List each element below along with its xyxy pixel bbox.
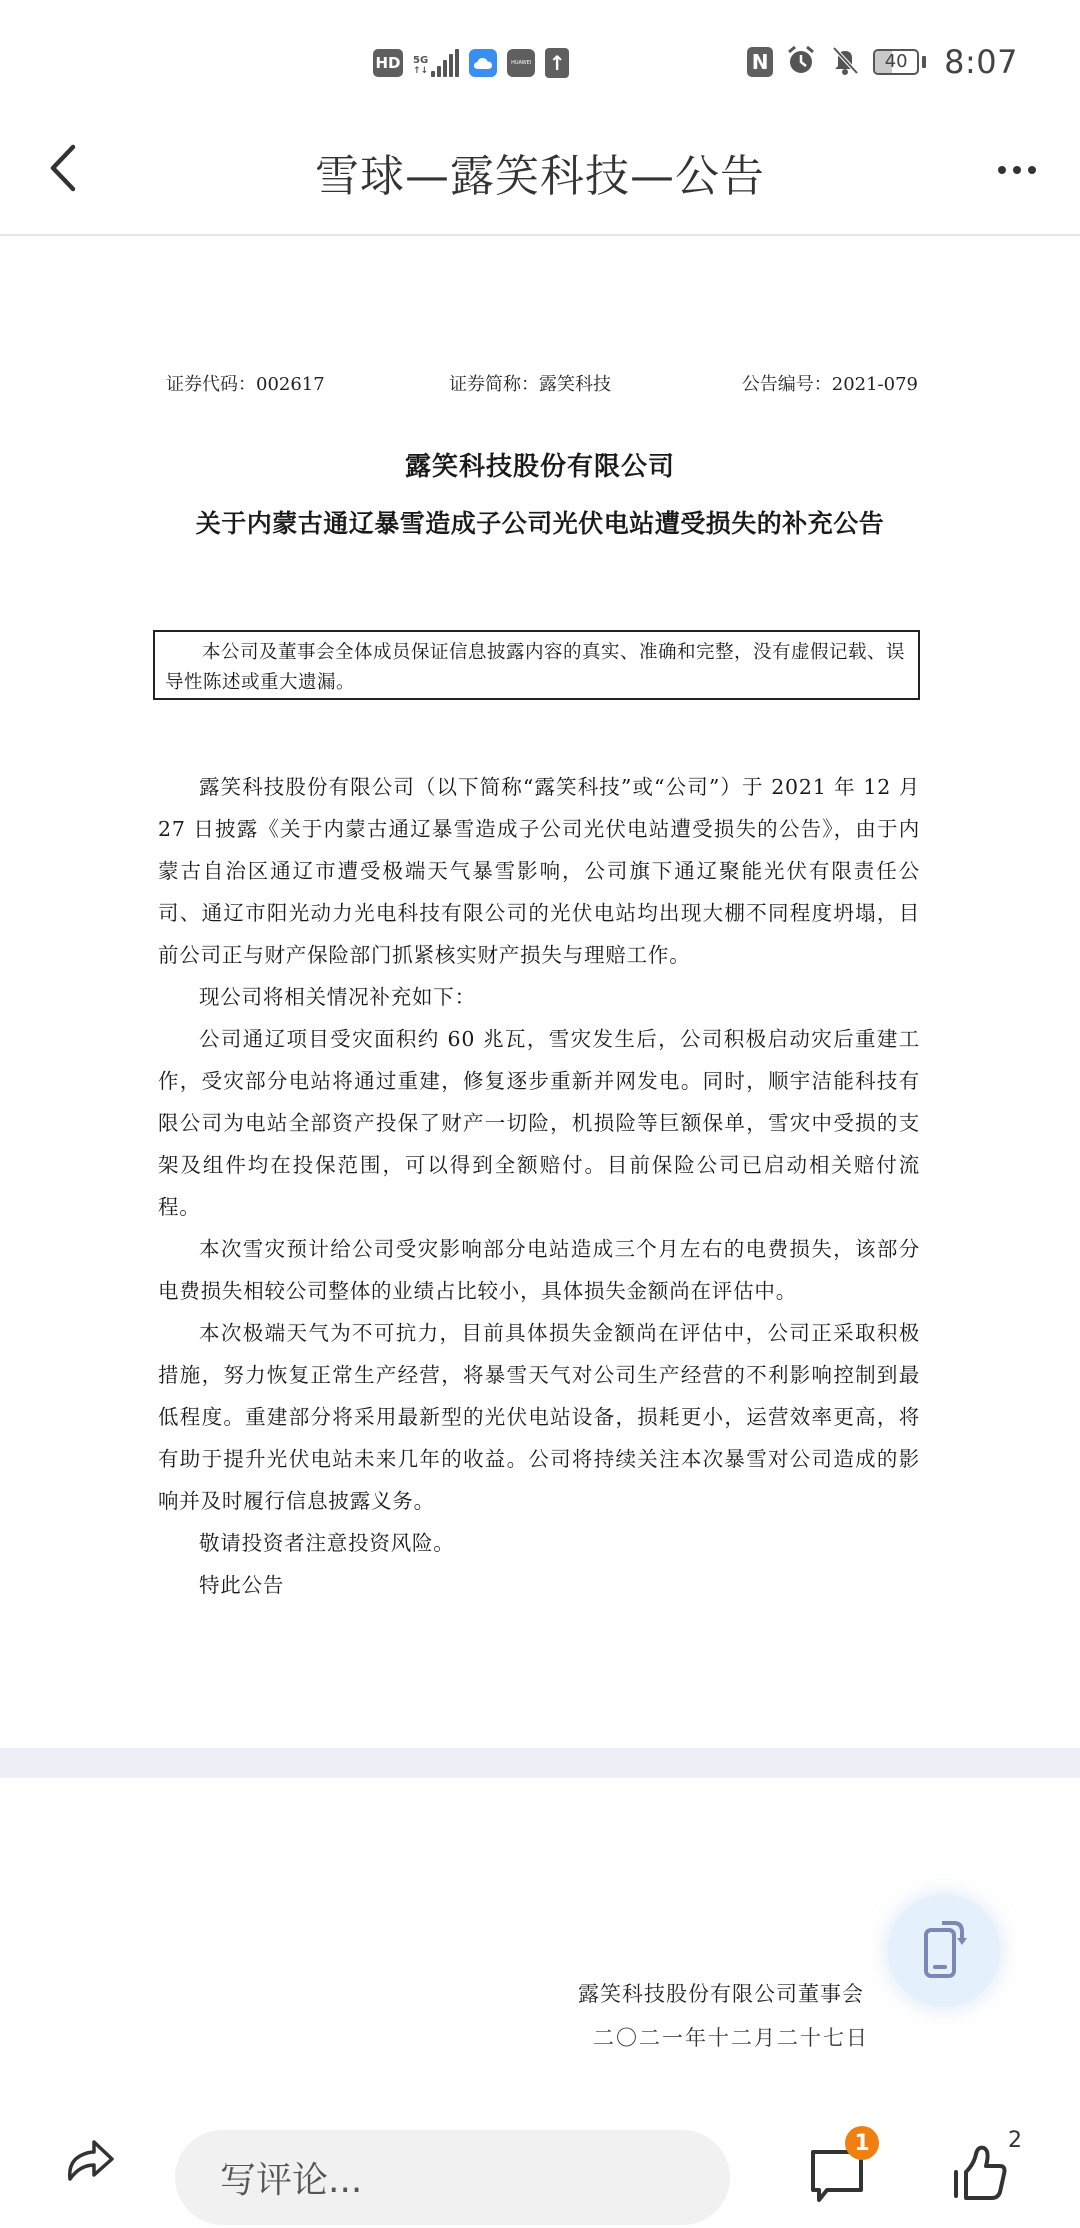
page-title: 雪球—露笑科技—公告 bbox=[0, 140, 1080, 204]
comment-count-badge: 1 bbox=[845, 2126, 879, 2160]
body-paragraph: 露笑科技股份有限公司（以下简称“露笑科技”或“公司”）于 2021 年 12 月… bbox=[158, 766, 920, 976]
nfc-icon: N bbox=[747, 47, 773, 77]
company-name: 露笑科技股份有限公司 bbox=[0, 446, 1080, 483]
more-options-button[interactable] bbox=[982, 146, 1052, 194]
signature-date: 二〇二一年十二月二十七日 bbox=[593, 2022, 869, 2052]
upload-icon: ↑ bbox=[545, 48, 569, 78]
disclaimer-box: 本公司及董事会全体成员保证信息披露内容的真实、准确和完整，没有虚假记载、误导性陈… bbox=[153, 630, 920, 700]
huawei-app-icon: HUAWEI bbox=[507, 49, 535, 77]
network-type-label: 5G bbox=[413, 55, 428, 66]
comment-placeholder: 写评论... bbox=[220, 2152, 362, 2203]
more-horizontal-icon bbox=[998, 166, 1006, 174]
body-paragraph: 敬请投资者注意投资风险。 bbox=[158, 1522, 920, 1564]
cloud-icon bbox=[469, 49, 497, 77]
share-icon bbox=[62, 2131, 118, 2187]
announcement-subject: 关于内蒙古通辽暴雪造成子公司光伏电站遭受损失的补充公告 bbox=[0, 504, 1080, 540]
share-button[interactable] bbox=[55, 2124, 125, 2194]
body-paragraph: 现公司将相关情况补充如下： bbox=[158, 976, 920, 1018]
security-short-name: 证券简称：露笑科技 bbox=[449, 370, 611, 396]
battery-icon: 40 bbox=[873, 49, 926, 75]
rotate-screen-icon bbox=[914, 1916, 974, 1986]
clock: 8:07 bbox=[944, 43, 1018, 81]
announcement-number: 公告编号：2021-079 bbox=[742, 370, 918, 396]
comment-input[interactable]: 写评论... bbox=[175, 2130, 730, 2225]
alarm-icon bbox=[785, 44, 817, 80]
thumbs-up-icon bbox=[950, 2138, 1014, 2208]
body-paragraph: 公司通辽项目受灾面积约 60 兆瓦，雪灾发生后，公司积极启动灾后重建工作，受灾部… bbox=[158, 1018, 920, 1228]
bottom-action-bar: 写评论... 1 2 bbox=[0, 2100, 1080, 2228]
comments-button[interactable]: 1 bbox=[805, 2128, 885, 2208]
security-code: 证券代码：002617 bbox=[166, 370, 325, 396]
hd-icon: HD bbox=[373, 49, 403, 77]
status-bar-left: HD 5G ↑↓ HUAWEI ↑ bbox=[373, 48, 569, 78]
like-count: 2 bbox=[1008, 2128, 1022, 2153]
announcement-document: 证券代码：002617 证券简称：露笑科技 公告编号：2021-079 露笑科技… bbox=[0, 236, 1080, 1746]
status-bar: HD 5G ↑↓ HUAWEI ↑ N 40 bbox=[0, 0, 1080, 110]
body-paragraph: 特此公告 bbox=[158, 1564, 920, 1606]
body-paragraph: 本次极端天气为不可抗力，目前具体损失金额尚在评估中，公司正采取积极措施，努力恢复… bbox=[158, 1312, 920, 1522]
app-header: 雪球—露笑科技—公告 bbox=[0, 110, 1080, 236]
page-separator bbox=[0, 1748, 1080, 1778]
signature: 露笑科技股份有限公司董事会 bbox=[578, 1978, 864, 2008]
rotate-screen-button[interactable] bbox=[888, 1895, 1000, 2007]
bell-off-icon bbox=[829, 44, 861, 80]
like-button[interactable]: 2 bbox=[950, 2128, 1030, 2208]
document-body: 露笑科技股份有限公司（以下简称“露笑科技”或“公司”）于 2021 年 12 月… bbox=[158, 766, 920, 1606]
status-bar-right: N 40 8:07 bbox=[747, 44, 1018, 80]
battery-level: 40 bbox=[875, 51, 917, 73]
body-paragraph: 本次雪灾预计给公司受灾影响部分电站造成三个月左右的电费损失，该部分电费损失相较公… bbox=[158, 1228, 920, 1312]
5g-signal-icon: 5G ↑↓ bbox=[413, 49, 459, 77]
